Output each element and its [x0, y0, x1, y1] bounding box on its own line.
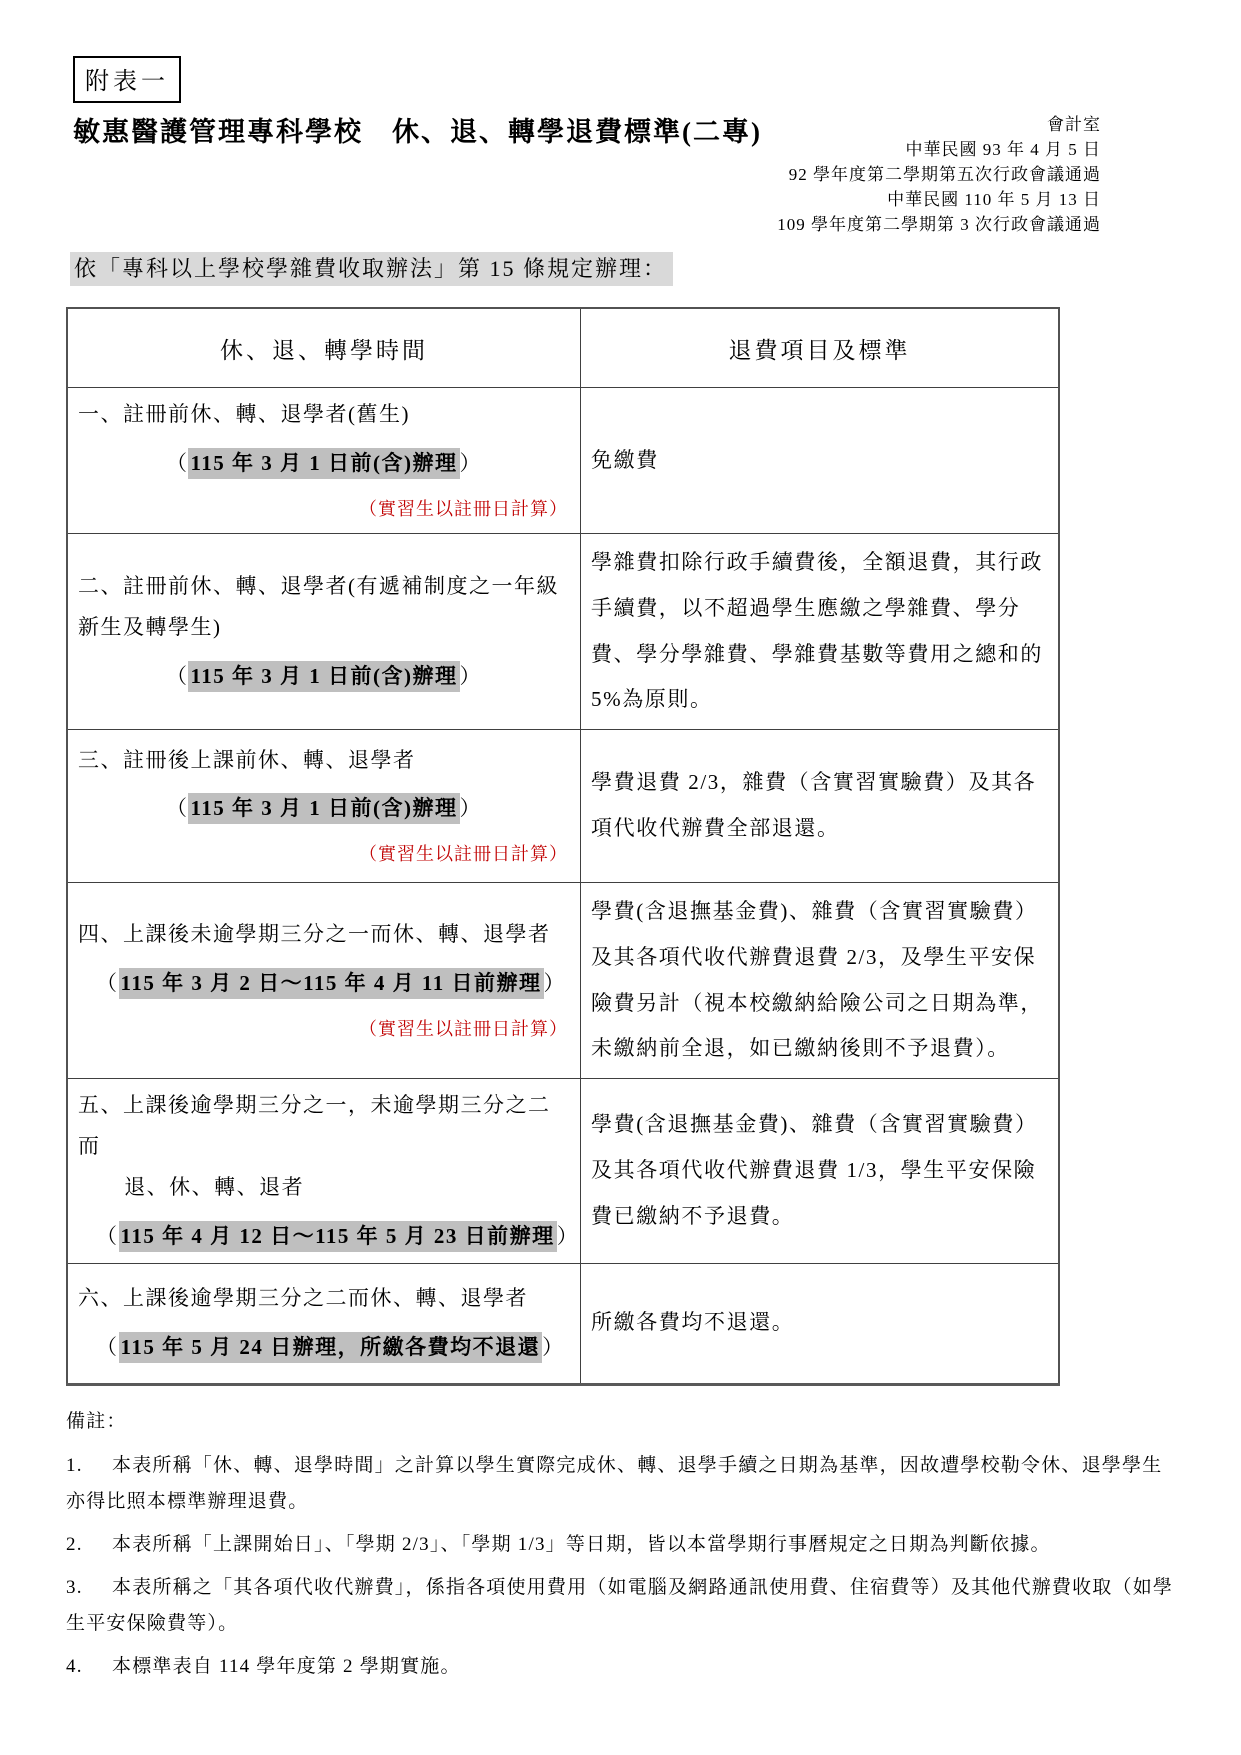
intro-line: 依「專科以上學校學雜費收取辦法」第 15 條規定辦理： — [70, 252, 673, 283]
row1-title: 一、註冊前休、轉、退學者(舊生) — [78, 394, 570, 435]
remark-number: 3. — [66, 1570, 112, 1606]
row5-date-highlight: 115 年 4 月 12 日～115 年 5 月 23 日前辦理 — [119, 1221, 557, 1252]
remark-item-2: 2.本表所稱「上課開始日」、「學期 2/3」、「學期 1/3」等日期，皆以本當學… — [66, 1527, 1178, 1563]
remarks-section: 備註： 1.本表所稱「休、轉、退學時間」之計算以學生實際完成休、轉、退學手續之日… — [66, 1404, 1178, 1692]
row3-intern-note: （實習生以註冊日計算） — [78, 837, 570, 872]
row3-date-line: （115 年 3 月 1 日前(含)辦理） — [78, 788, 570, 829]
row4-time-cell: 四、上課後未逾學期三分之一而休、轉、退學者 （115 年 3 月 2 日～115… — [67, 883, 581, 1079]
row3-refund-cell: 學費退費 2/3，雜費（含實習實驗費）及其各項代收代辦費全部退還。 — [581, 730, 1060, 883]
paren-open: （ — [166, 451, 189, 475]
paren-close: ） — [460, 796, 483, 820]
row1-date-highlight: 115 年 3 月 1 日前(含)辦理 — [188, 448, 459, 479]
row1-date-line: （115 年 3 月 1 日前(含)辦理） — [78, 443, 570, 484]
document-title: 敏惠醫護管理專科學校 休、退、轉學退費標準(二專) — [73, 110, 762, 149]
paren-open: （ — [96, 1224, 119, 1248]
meta-date-2: 中華民國 110 年 5 月 13 日 — [777, 187, 1101, 212]
row4-refund-cell: 學費(含退撫基金費)、雜費（含實習實驗費）及其各項代收代辦費退費 2/3，及學生… — [581, 883, 1060, 1079]
remark-text: 本表所稱之「其各項代收代辦費」，係指各項使用費用（如電腦及網路通訊使用費、住宿費… — [66, 1577, 1173, 1634]
row6-refund-cell: 所繳各費均不退還。 — [581, 1263, 1060, 1384]
refund-table: 休、退、轉學時間 退費項目及標準 一、註冊前休、轉、退學者(舊生) （115 年… — [66, 307, 1060, 1386]
meta-office: 會計室 — [777, 112, 1101, 137]
table-row: 三、註冊後上課前休、轉、退學者 （115 年 3 月 1 日前(含)辦理） （實… — [67, 730, 1059, 883]
remark-text: 本標準表自 114 學年度第 2 學期實施。 — [112, 1656, 461, 1677]
attachment-tag: 附表一 — [73, 56, 181, 103]
remark-text: 本表所稱「休、轉、退學時間」之計算以學生實際完成休、轉、退學手續之日期為基準，因… — [66, 1455, 1162, 1512]
table-header-row: 休、退、轉學時間 退費項目及標準 — [67, 308, 1059, 388]
paren-close: ） — [460, 451, 483, 475]
document-page: 附表一 敏惠醫護管理專科學校 休、退、轉學退費標準(二專) 會計室 中華民國 9… — [0, 0, 1241, 1755]
meta-meeting-1: 92 學年度第二學期第五次行政會議通過 — [777, 162, 1101, 187]
paren-close: ） — [460, 664, 483, 688]
paren-close: ） — [557, 1224, 580, 1248]
remark-text: 本表所稱「上課開始日」、「學期 2/3」、「學期 1/3」等日期，皆以本當學期行… — [112, 1534, 1051, 1555]
row4-date-line: （115 年 3 月 2 日～115 年 4 月 11 日前辦理） — [78, 963, 570, 1004]
row6-title: 六、上課後逾學期三分之二而休、轉、退學者 — [78, 1278, 570, 1319]
remark-item-4: 4.本標準表自 114 學年度第 2 學期實施。 — [66, 1649, 1178, 1685]
row2-refund-cell: 學雜費扣除行政手續費後，全額退費，其行政手續費，以不超過學生應繳之學雜費、學分費… — [581, 533, 1060, 729]
intro-highlight: 依「專科以上學校學雜費收取辦法」第 15 條規定辦理： — [70, 252, 673, 286]
paren-open: （ — [166, 664, 189, 688]
table-row: 一、註冊前休、轉、退學者(舊生) （115 年 3 月 1 日前(含)辦理） （… — [67, 388, 1059, 534]
meta-meeting-2: 109 學年度第二學期第 3 次行政會議通過 — [777, 212, 1101, 237]
row5-title: 五、上課後逾學期三分之一，未逾學期三分之二而 — [78, 1085, 570, 1167]
row2-time-cell: 二、註冊前休、轉、退學者(有遞補制度之一年級新生及轉學生) （115 年 3 月… — [67, 533, 581, 729]
paren-open: （ — [166, 796, 189, 820]
row1-refund-cell: 免繳費 — [581, 388, 1060, 534]
row2-date-highlight: 115 年 3 月 1 日前(含)辦理 — [188, 661, 459, 692]
paren-close: ） — [544, 971, 567, 995]
table-row: 五、上課後逾學期三分之一，未逾學期三分之二而 退、休、轉、退者 （115 年 4… — [67, 1079, 1059, 1264]
row1-intern-note: （實習生以註冊日計算） — [78, 492, 570, 527]
remark-item-3: 3.本表所稱之「其各項代收代辦費」，係指各項使用費用（如電腦及網路通訊使用費、住… — [66, 1570, 1178, 1642]
row6-date-highlight: 115 年 5 月 24 日辦理，所繳各費均不退還 — [119, 1332, 543, 1363]
row2-date-line: （115 年 3 月 1 日前(含)辦理） — [78, 656, 570, 697]
row4-date-highlight: 115 年 3 月 2 日～115 年 4 月 11 日前辦理 — [119, 968, 544, 999]
remarks-title: 備註： — [66, 1404, 1178, 1440]
row5-title-line2: 退、休、轉、退者 — [78, 1167, 570, 1208]
paren-open: （ — [96, 971, 119, 995]
header-time-column: 休、退、轉學時間 — [67, 308, 581, 388]
row4-intern-note: （實習生以註冊日計算） — [78, 1012, 570, 1047]
row5-date-line: （115 年 4 月 12 日～115 年 5 月 23 日前辦理） — [78, 1216, 570, 1257]
row3-title: 三、註冊後上課前休、轉、退學者 — [78, 740, 570, 781]
remark-number: 1. — [66, 1448, 112, 1484]
row4-title: 四、上課後未逾學期三分之一而休、轉、退學者 — [78, 914, 570, 955]
remark-number: 4. — [66, 1649, 112, 1685]
paren-close: ） — [542, 1335, 565, 1359]
row6-date-line: （115 年 5 月 24 日辦理，所繳各費均不退還） — [78, 1327, 570, 1368]
approval-meta-block: 會計室 中華民國 93 年 4 月 5 日 92 學年度第二學期第五次行政會議通… — [777, 112, 1101, 237]
meta-date-1: 中華民國 93 年 4 月 5 日 — [777, 137, 1101, 162]
header-refund-column: 退費項目及標準 — [581, 308, 1060, 388]
table-row: 四、上課後未逾學期三分之一而休、轉、退學者 （115 年 3 月 2 日～115… — [67, 883, 1059, 1079]
remark-item-1: 1.本表所稱「休、轉、退學時間」之計算以學生實際完成休、轉、退學手續之日期為基準… — [66, 1448, 1178, 1520]
row1-time-cell: 一、註冊前休、轉、退學者(舊生) （115 年 3 月 1 日前(含)辦理） （… — [67, 388, 581, 534]
row5-time-cell: 五、上課後逾學期三分之一，未逾學期三分之二而 退、休、轉、退者 （115 年 4… — [67, 1079, 581, 1264]
remark-number: 2. — [66, 1527, 112, 1563]
table-row: 六、上課後逾學期三分之二而休、轉、退學者 （115 年 5 月 24 日辦理，所… — [67, 1263, 1059, 1384]
row5-refund-cell: 學費(含退撫基金費)、雜費（含實習實驗費）及其各項代收代辦費退費 1/3，學生平… — [581, 1079, 1060, 1264]
row6-time-cell: 六、上課後逾學期三分之二而休、轉、退學者 （115 年 5 月 24 日辦理，所… — [67, 1263, 581, 1384]
table-row: 二、註冊前休、轉、退學者(有遞補制度之一年級新生及轉學生) （115 年 3 月… — [67, 533, 1059, 729]
paren-open: （ — [96, 1335, 119, 1359]
row2-title: 二、註冊前休、轉、退學者(有遞補制度之一年級新生及轉學生) — [78, 566, 570, 648]
row3-date-highlight: 115 年 3 月 1 日前(含)辦理 — [188, 793, 459, 824]
row3-time-cell: 三、註冊後上課前休、轉、退學者 （115 年 3 月 1 日前(含)辦理） （實… — [67, 730, 581, 883]
